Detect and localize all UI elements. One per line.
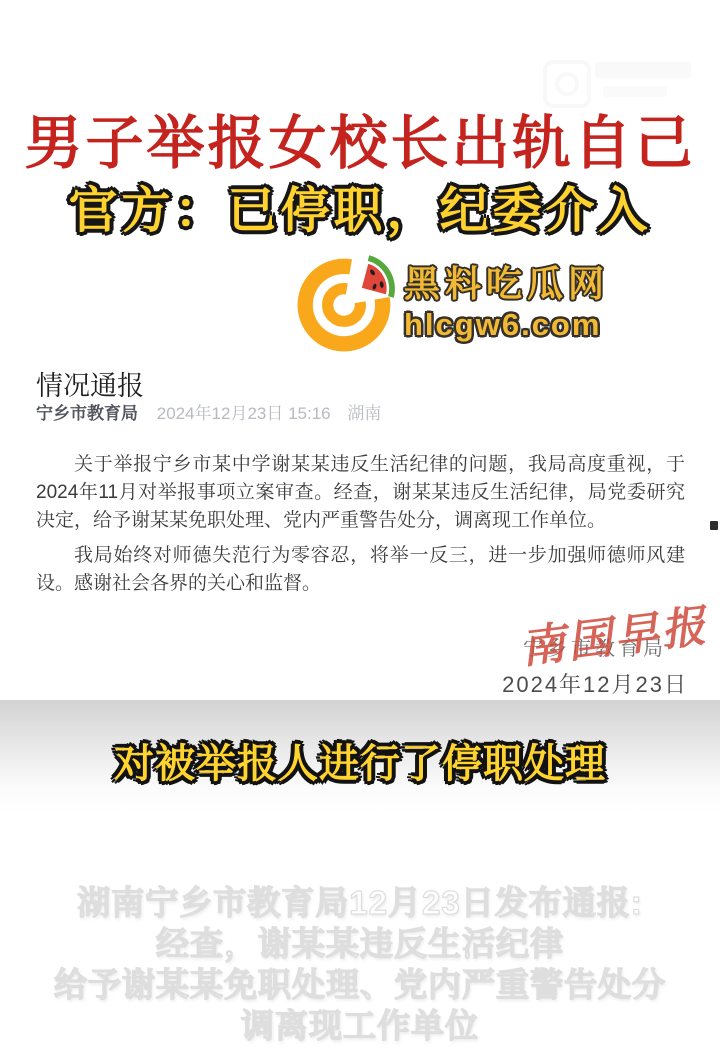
watermelon-c-logo-icon <box>294 252 398 354</box>
screen-edge-mark <box>710 521 718 530</box>
site-url: hlcgw6.com <box>404 308 609 342</box>
notice-datetime: 2024年12月23日 15:16 <box>157 404 331 423</box>
caption-line-4: 调离现工作单位 <box>0 1005 720 1046</box>
notice-byline: 宁乡市教育局 2024年12月23日 15:16 湖南 <box>36 399 381 424</box>
caption-line-1: 湖南宁乡市教育局12月23日发布通报: <box>0 882 720 923</box>
notice-title: 情况通报 <box>36 364 144 403</box>
caption-line-3: 给予谢某某免职处理、党内严重警告处分 <box>0 964 720 1005</box>
video-caption-overlay: 湖南宁乡市教育局12月23日发布通报: 经查，谢某某违反生活纪律 给予谢某某免职… <box>0 882 720 1046</box>
platform-watermark-text <box>595 62 691 78</box>
headline-primary: 男子举报女校长出轨自己 <box>0 112 720 176</box>
site-name: 黑料吃瓜网 <box>404 264 609 304</box>
headline-secondary: 官方：已停职，纪委介入 <box>0 183 720 239</box>
notice-paragraph-2: 我局始终对师德失范行为零容忍，将举一反三，进一步加强师德师风建设。感谢社会各界的… <box>36 542 685 598</box>
notice-body: 关于举报宁乡市某中学谢某某违反生活纪律的问题，我局高度重视，于2024年11月对… <box>36 451 685 598</box>
notice-source: 宁乡市教育局 <box>36 404 138 423</box>
platform-watermark <box>543 58 693 106</box>
subtitle-band: 对被举报人进行了停职处理 <box>0 700 720 812</box>
platform-watermark-icon <box>543 60 591 108</box>
official-notice: 情况通报 宁乡市教育局 2024年12月23日 15:16 湖南 关于举报宁乡市… <box>0 356 720 700</box>
red-calligraphy-watermark: 南国早报 <box>517 588 720 676</box>
site-brand: 黑料吃瓜网 hlcgw6.com <box>294 252 609 354</box>
caption-line-2: 经查，谢某某违反生活纪律 <box>0 923 720 964</box>
notice-region: 湖南 <box>347 404 381 423</box>
watermelon-slice-icon <box>360 255 395 297</box>
notice-paragraph-1: 关于举报宁乡市某中学谢某某违反生活纪律的问题，我局高度重视，于2024年11月对… <box>36 451 685 535</box>
platform-watermark-subtext <box>603 86 667 97</box>
subtitle-text: 对被举报人进行了停职处理 <box>0 732 720 789</box>
